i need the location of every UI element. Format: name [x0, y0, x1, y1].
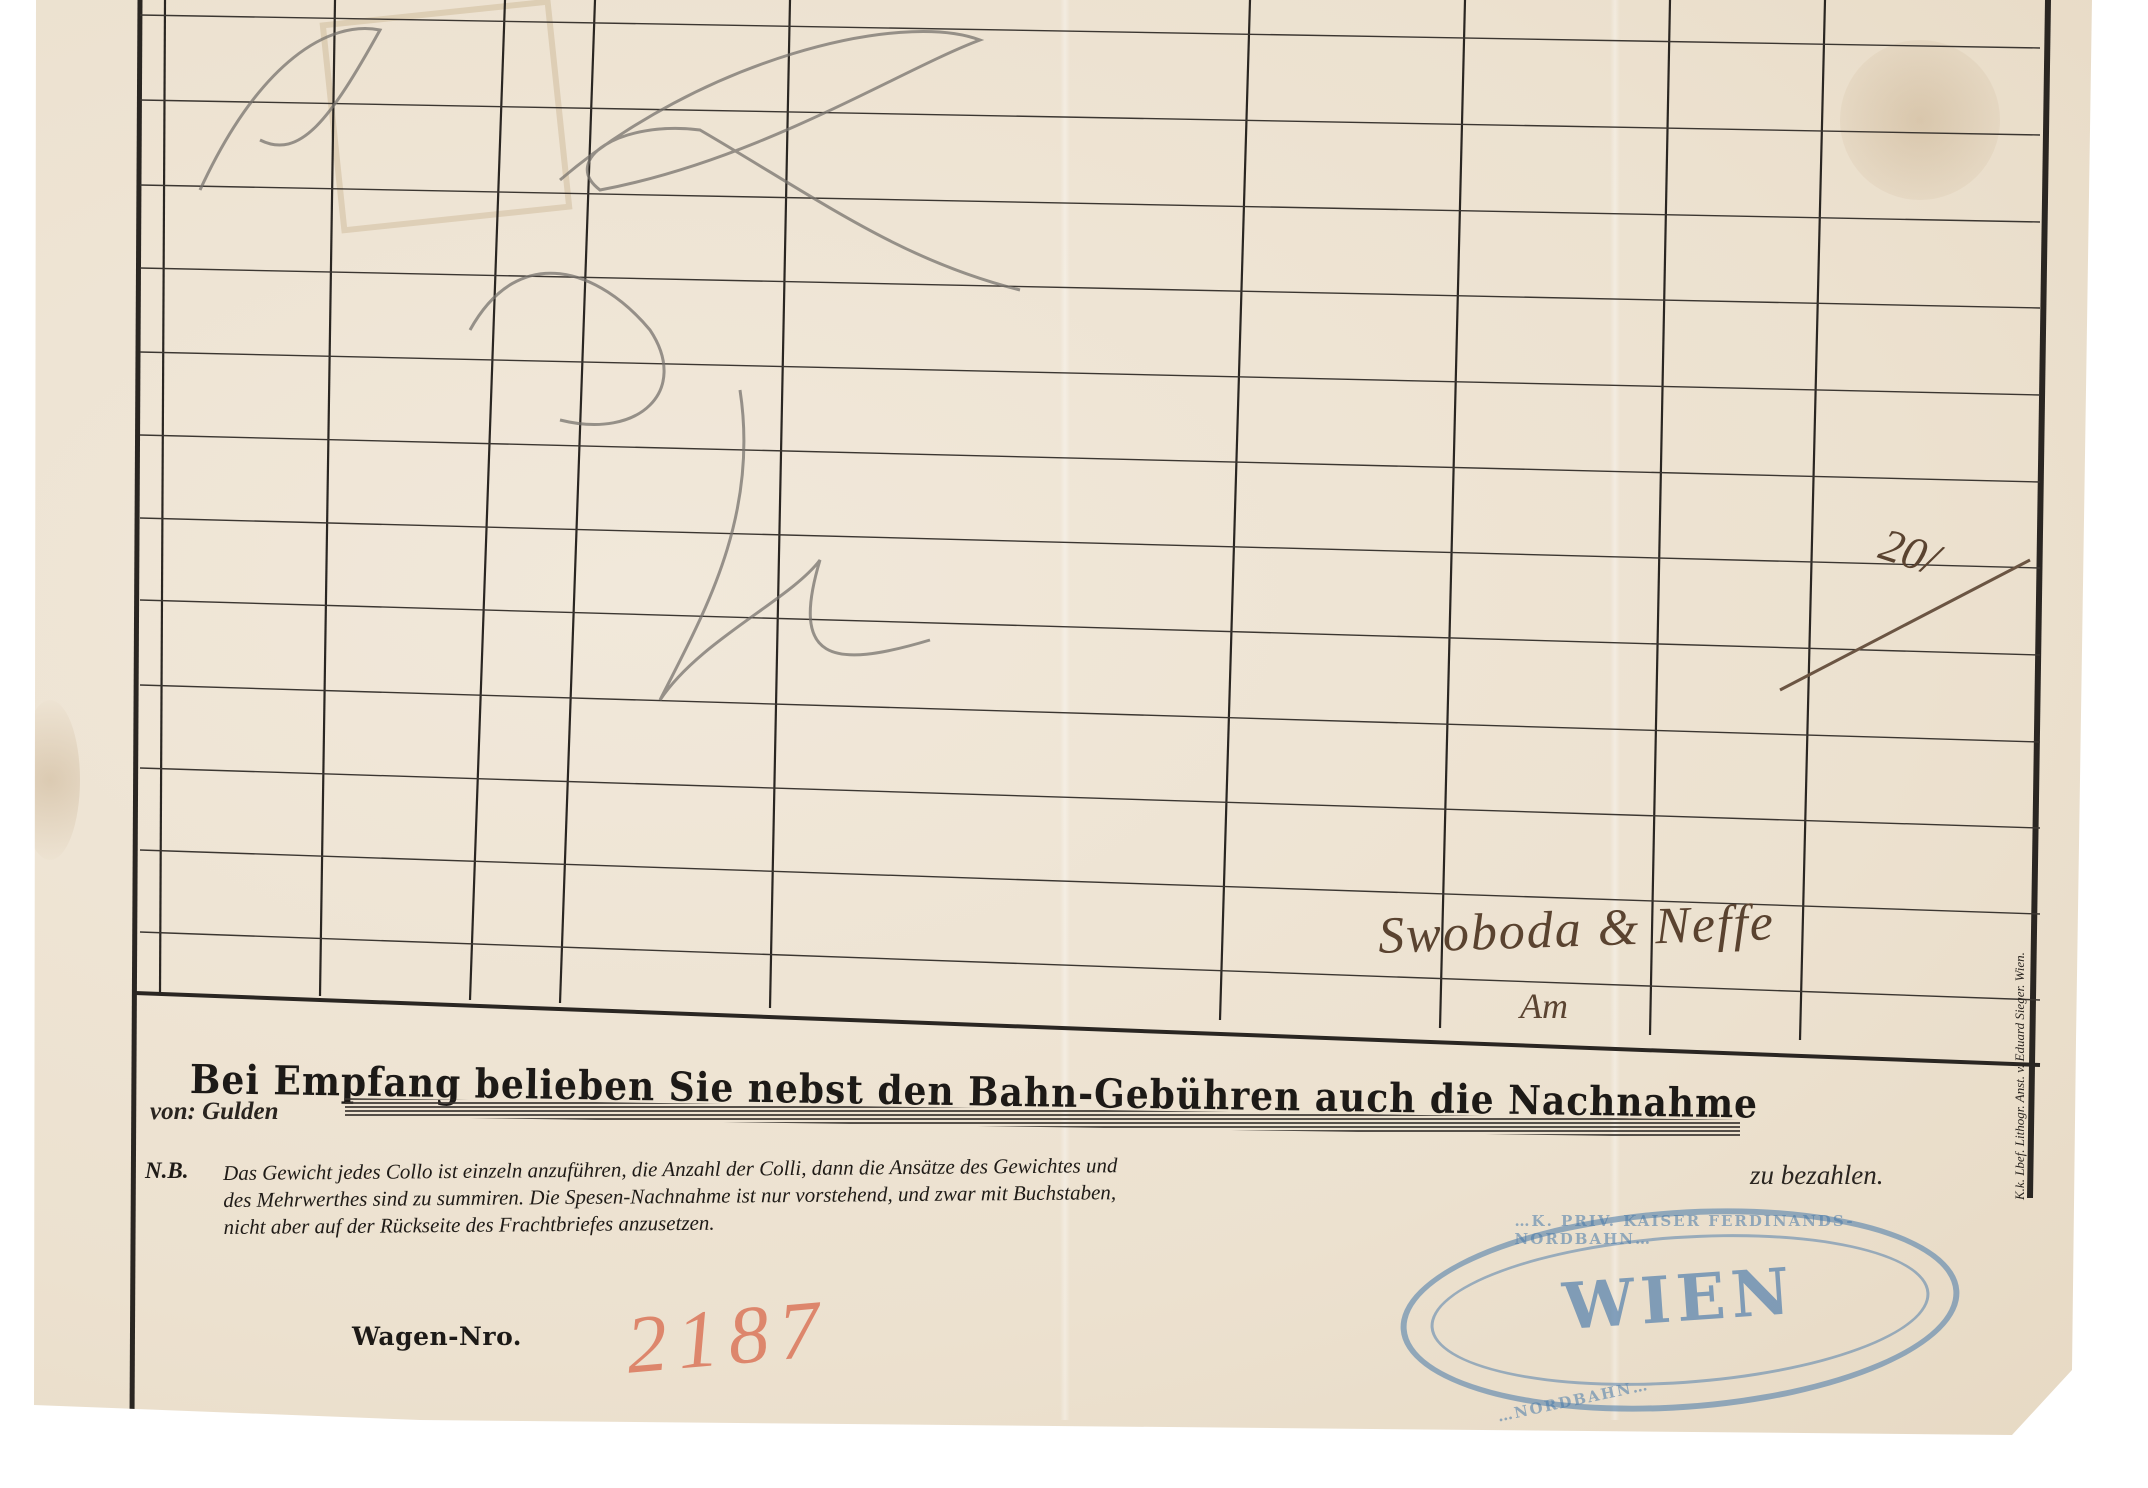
payment-label: zu bezahlen.: [1750, 1160, 1883, 1191]
document-paper: 20/ Swoboda & Neffe Am Bei Empfang belie…: [0, 0, 2148, 1488]
wien-railway-stamp: …K. PRIV. KAISER FERDINANDS-NORDBAHN… WI…: [1394, 1191, 1967, 1430]
gulden-label: von: Gulden: [150, 1098, 278, 1126]
nota-bene-text: Das Gewicht jedes Collo ist einzeln anzu…: [223, 1152, 1144, 1241]
wagon-number-value: 2187: [622, 1281, 833, 1392]
handwritten-initials: Am: [1520, 985, 1568, 1027]
wagon-number-label: Wagen-Nro.: [352, 1322, 522, 1351]
printer-imprint: K.k. Lbef. Lithogr. Anst. v. Eduard Sieg…: [2012, 952, 2028, 1200]
nota-bene-label: N.B.: [145, 1158, 188, 1184]
stamp-ring-top-text: …K. PRIV. KAISER FERDINANDS-NORDBAHN…: [1515, 1212, 1955, 1248]
